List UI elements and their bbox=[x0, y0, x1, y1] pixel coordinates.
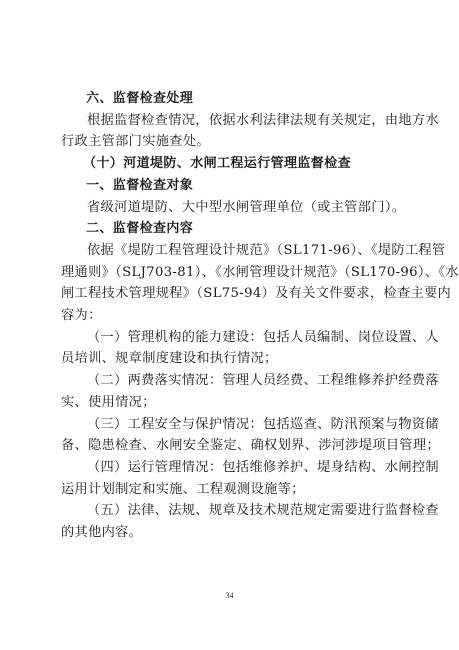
text-line: 实、使用情况； bbox=[61, 392, 400, 414]
text-line: 运用计划制定和实施、工程观测设施等； bbox=[61, 479, 400, 501]
text-line: 备、隐患检查、水闸安全鉴定、确权划界、涉河涉堤项目管理； bbox=[61, 435, 400, 457]
text-line: （四）运行管理情况：包括维修养护、堤身结构、水闸控制 bbox=[61, 457, 400, 479]
text-line: （五）法律、法规、规章及技术规范规定需要进行监督检查 bbox=[61, 500, 400, 522]
text-line: 根据监督检查情况，依据水利法律法规有关规定，由地方水 bbox=[61, 110, 400, 132]
paragraph-target: 省级河道堤防、大中型水闸管理单位（或主管部门）。 bbox=[61, 197, 400, 219]
text-line: 理通则》（SLJ703-81）、《水闸管理设计规范》（SL170-96）、《水 bbox=[61, 262, 400, 284]
text-line: 依据《堤防工程管理设计规范》（SL171-96）、《堤防工程管 bbox=[61, 240, 400, 262]
text-line: 闸工程技术管理规程》（SL75-94）及有关文件要求，检查主要内 bbox=[61, 283, 400, 305]
text-line: 省级河道堤防、大中型水闸管理单位（或主管部门）。 bbox=[61, 197, 400, 219]
subheading-river-levee-sluice: （十）河道堤防、水闸工程运行管理监督检查 bbox=[61, 153, 400, 175]
heading-inspection-content: 二、监督检查内容 bbox=[61, 218, 400, 240]
heading-inspection-target: 一、监督检查对象 bbox=[61, 175, 400, 197]
paragraph-item-5: （五）法律、法规、规章及技术规范规定需要进行监督检查 的其他内容。 bbox=[61, 500, 400, 543]
page-number: 34 bbox=[0, 591, 459, 600]
text-line: 的其他内容。 bbox=[61, 522, 400, 544]
text-line: 容为： bbox=[61, 305, 400, 327]
paragraph-item-4: （四）运行管理情况：包括维修养护、堤身结构、水闸控制 运用计划制定和实施、工程观… bbox=[61, 457, 400, 500]
text-line: 员培训、规章制度建设和执行情况； bbox=[61, 348, 400, 370]
paragraph-handling: 根据监督检查情况，依据水利法律法规有关规定，由地方水 行政主管部门实施查处。 bbox=[61, 110, 400, 153]
text-line: （一）管理机构的能力建设：包括人员编制、岗位设置、人 bbox=[61, 327, 400, 349]
text-line: 行政主管部门实施查处。 bbox=[61, 131, 400, 153]
text-line: （三）工程安全与保护情况：包括巡查、防汛预案与物资储 bbox=[61, 414, 400, 436]
text-line: （二）两费落实情况：管理人员经费、工程维修养护经费落 bbox=[61, 370, 400, 392]
heading-supervision-handling: 六、监督检查处理 bbox=[61, 88, 400, 110]
paragraph-basis: 依据《堤防工程管理设计规范》（SL171-96）、《堤防工程管 理通则》（SLJ… bbox=[61, 240, 400, 327]
paragraph-item-1: （一）管理机构的能力建设：包括人员编制、岗位设置、人 员培训、规章制度建设和执行… bbox=[61, 327, 400, 370]
paragraph-item-2: （二）两费落实情况：管理人员经费、工程维修养护经费落 实、使用情况； bbox=[61, 370, 400, 413]
paragraph-item-3: （三）工程安全与保护情况：包括巡查、防汛预案与物资储 备、隐患检查、水闸安全鉴定… bbox=[61, 414, 400, 457]
document-page: 六、监督检查处理 根据监督检查情况，依据水利法律法规有关规定，由地方水 行政主管… bbox=[61, 88, 400, 544]
